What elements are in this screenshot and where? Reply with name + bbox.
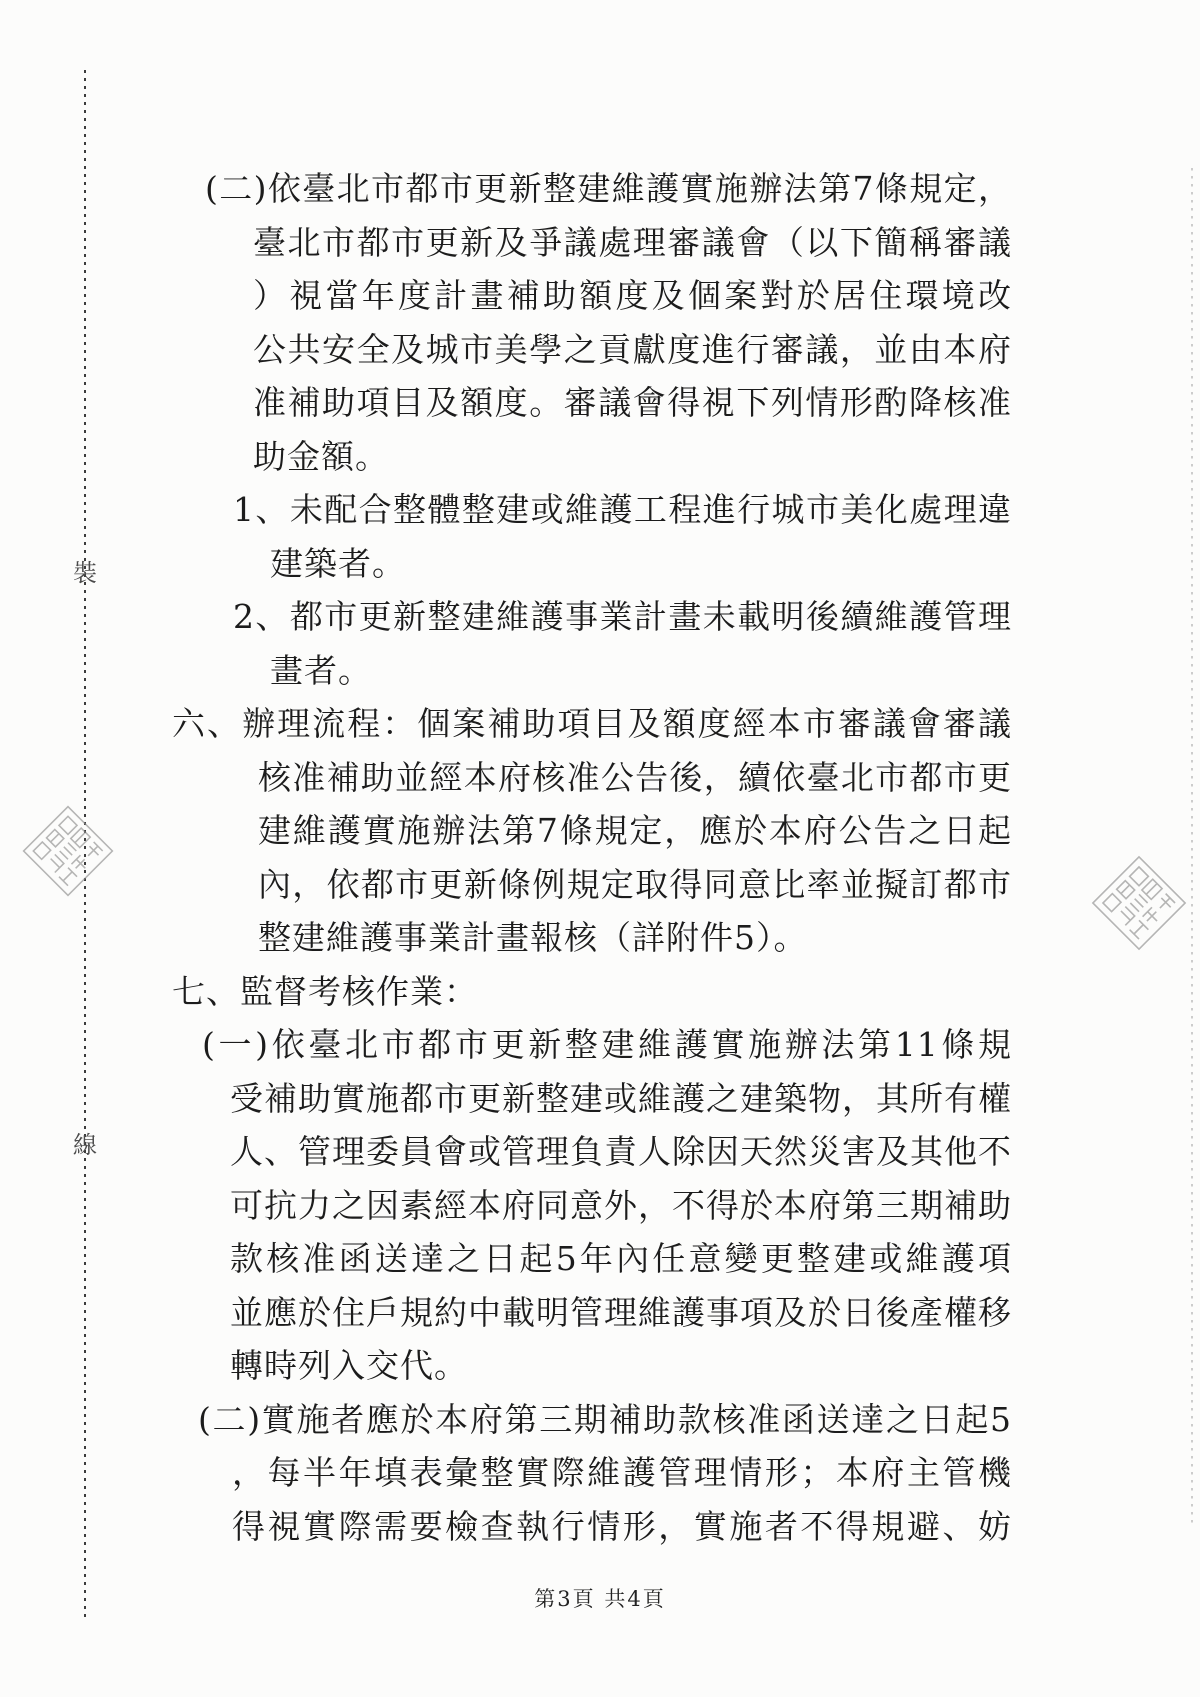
text-line: 准補助項目及額度。審議會得視下列情形酌降核准補 <box>253 376 1012 430</box>
text-line: 助金額。 <box>253 430 1200 484</box>
text-line: 七、監督考核作業： <box>172 965 1200 1019</box>
text-line: (二)依臺北市都市更新整建維護實施辦法第7條規定，應由 <box>205 162 1012 216</box>
text-line: 建維護實施辦法第7條規定，應於本府公告之日起6個月 <box>258 804 1012 858</box>
text-line: ）視當年度計畫補助額度及個案對於居住環境改善、 <box>253 269 1012 323</box>
text-line: 可抗力之因素經本府同意外，不得於本府第三期補助 <box>230 1179 1012 1233</box>
page-number: 第3頁 共4頁 <box>0 1583 1200 1613</box>
text-line: 建築者。 <box>270 537 1200 591</box>
text-line: 內，依都市更新條例規定取得同意比率並擬訂都市更新 <box>258 858 1012 912</box>
text-line: (二)實施者應於本府第三期補助款核准函送達之日起5年內 <box>198 1393 1012 1447</box>
document-body: (二)依臺北市都市更新整建維護實施辦法第7條規定，應由 臺北市都市更新及爭議處理… <box>0 162 1200 1553</box>
text-line: ，每半年填表彙整實際維護管理情形；本府主管機關 <box>232 1446 1012 1500</box>
text-line: 公共安全及城市美學之貢獻度進行審議，並由本府核 <box>253 323 1012 377</box>
text-line: 1、未配合整體整建或維護工程進行城市美化處理違章 <box>233 483 1012 537</box>
text-line: 款核准函送達之日起5年內任意變更整建或維護項目， <box>230 1232 1012 1286</box>
text-line: (一)依臺北市都市更新整建維護實施辦法第11條規定，接 <box>202 1018 1012 1072</box>
text-line: 畫者。 <box>270 644 1200 698</box>
text-line: 臺北市都市更新及爭議處理審議會（以下簡稱審議會 <box>253 216 1012 270</box>
scanned-document-page: 裝 線 (二)依臺北市都市更新整 <box>0 0 1200 1697</box>
text-line: 核准補助並經本府核准公告後，續依臺北市都市更新整 <box>258 751 1012 805</box>
text-line: 並應於住戶規約中載明管理維護事項及於日後產權移 <box>230 1286 1012 1340</box>
text-line: 六、辦理流程：個案補助項目及額度經本市審議會審議通過 <box>172 697 1012 751</box>
text-line: 整建維護事業計畫報核（詳附件5）。 <box>258 911 1012 965</box>
text-line: 轉時列入交代。 <box>230 1339 1200 1393</box>
text-line: 得視實際需要檢查執行情形，實施者不得規避、妨礙 <box>232 1500 1012 1554</box>
text-line: 2、都市更新整建維護事業計畫未載明後續維護管理計 <box>233 590 1012 644</box>
text-line: 受補助實施都市更新整建或維護之建築物，其所有權 <box>230 1072 1012 1126</box>
text-line: 人、管理委員會或管理負責人除因天然災害及其他不 <box>230 1125 1012 1179</box>
